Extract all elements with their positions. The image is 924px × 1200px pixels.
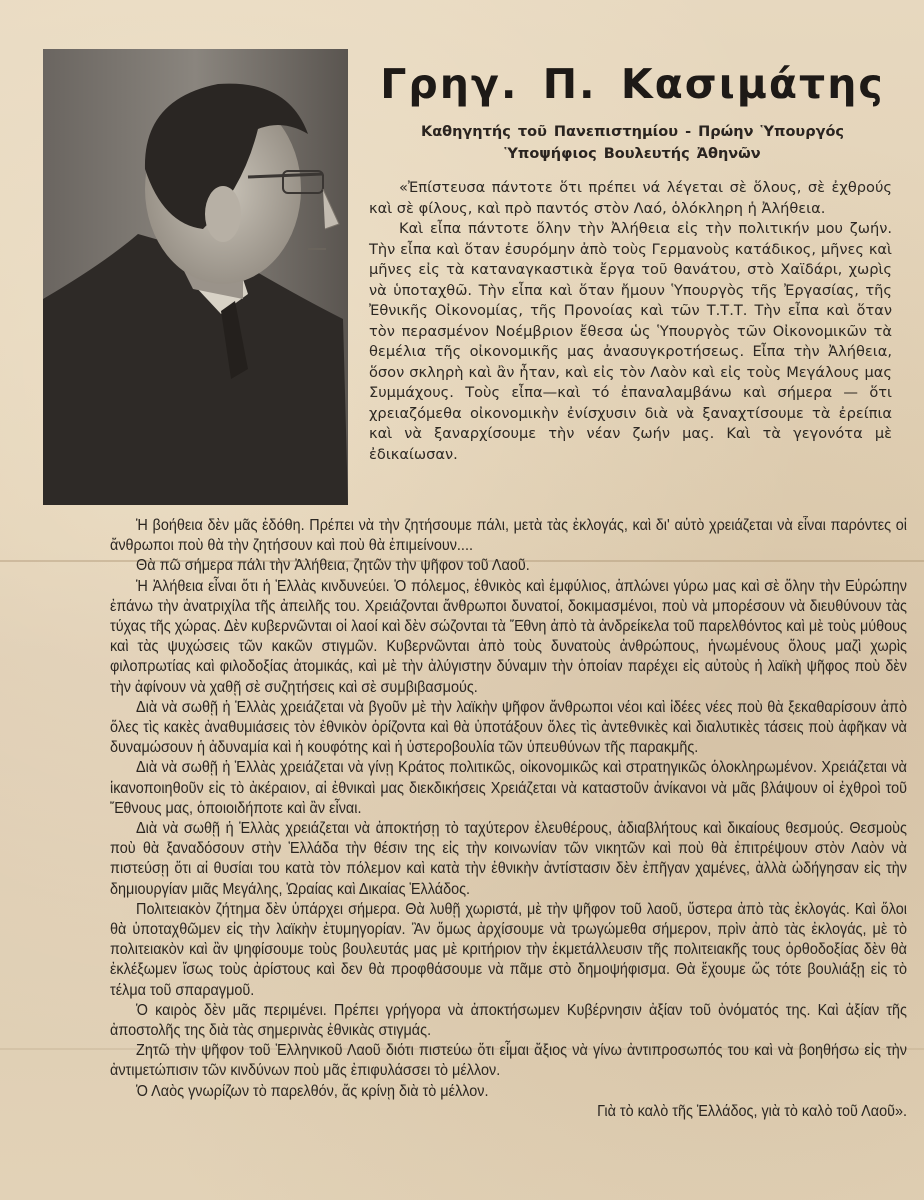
paragraph: Ὁ καιρὸς δὲν μᾶς περιμένει. Πρέπει γρήγο… bbox=[110, 1001, 907, 1041]
paragraph: Θὰ πῶ σήμερα πάλι τὴν Ἀλήθεια, ζητῶν τὴν… bbox=[110, 556, 907, 576]
paragraph: Καὶ εἶπα πάντοτε ὅλην τὴν Ἀλήθεια εἰς τὴ… bbox=[369, 219, 892, 465]
paragraph: Πολιτειακὸν ζήτημα δὲν ὑπάρχει σήμερα. Θ… bbox=[110, 900, 907, 1001]
candidate-candidacy: Ὑποψήφιος Βουλευτής Ἀθηνῶν bbox=[365, 146, 900, 162]
paragraph: Διὰ νὰ σωθῇ ἡ Ἑλλὰς χρειάζεται νὰ βγοῦν … bbox=[110, 698, 907, 759]
header: Γρηγ. Π. Κασιμάτης Καθηγητής τοῦ Πανεπισ… bbox=[365, 58, 900, 162]
paragraph: Διὰ νὰ σωθῇ ἡ Ἑλλὰς χρειάζεται νὰ ἀποκτή… bbox=[110, 819, 907, 900]
statement-intro: «Ἐπίστευσα πάντοτε ὅτι πρέπει νά λέγεται… bbox=[369, 178, 892, 465]
paragraph: Ἡ Ἀλήθεια εἶναι ὅτι ἡ Ἑλλὰς κινδυνεύει. … bbox=[110, 577, 907, 698]
candidate-name: Γρηγ. Π. Κασιμάτης bbox=[365, 58, 900, 110]
portrait-photo bbox=[43, 49, 348, 505]
paragraph: Ἡ βοήθεια δὲν μᾶς ἐδόθη. Πρέπει νὰ τὴν ζ… bbox=[110, 516, 907, 556]
candidate-title: Καθηγητής τοῦ Πανεπιστημίου - Πρώην Ὑπου… bbox=[365, 124, 900, 140]
signoff: Γιὰ τὸ καλὸ τῆς Ἑλλάδος, γιὰ τὸ καλὸ τοῦ… bbox=[110, 1102, 907, 1122]
portrait-image bbox=[43, 49, 348, 505]
paragraph: Ὁ Λαὸς γνωρίζων τὸ παρελθόν, ἄς κρίνῃ δι… bbox=[110, 1082, 907, 1102]
statement-body: Ἡ βοήθεια δὲν μᾶς ἐδόθη. Πρέπει νὰ τὴν ζ… bbox=[110, 516, 851, 1122]
paragraph: Ζητῶ τὴν ψῆφον τοῦ Ἑλληνικοῦ Λαοῦ διότι … bbox=[110, 1041, 907, 1081]
paragraph: «Ἐπίστευσα πάντοτε ὅτι πρέπει νά λέγεται… bbox=[369, 178, 892, 219]
paragraph: Διὰ νὰ σωθῇ ἡ Ἑλλὰς χρειάζεται νὰ γίνῃ Κ… bbox=[110, 758, 907, 819]
